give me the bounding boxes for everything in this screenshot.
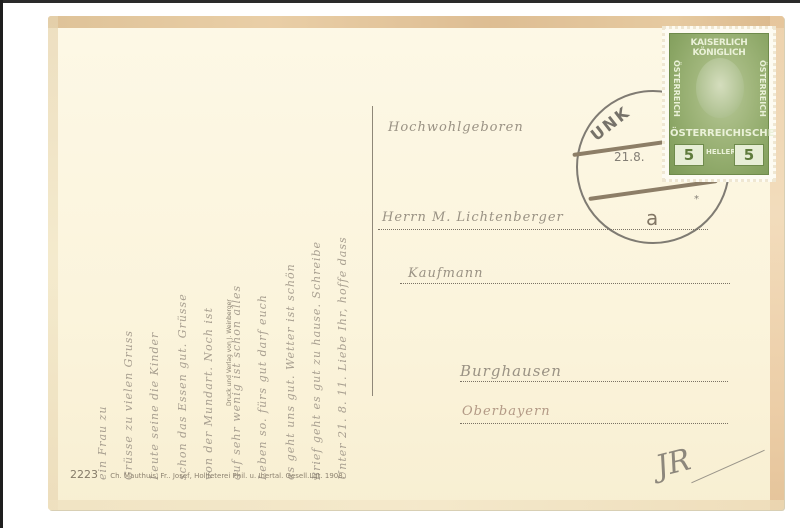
message-line: von der Mundart. Noch ist: [202, 40, 216, 480]
message-address-divider: [372, 106, 373, 396]
scan-frame-top: [0, 0, 800, 3]
address-dotted-line: [460, 380, 728, 382]
publisher-imprint-vertical: Druck und Verlag von J. Weinberger: [226, 206, 236, 406]
postmark-letter: a: [646, 206, 658, 230]
footer-imprint: 2223 Ch. Mauthuis, Fr.. Josef, Hollfeter…: [70, 468, 345, 481]
message-line: Leben so. fürs gut darf euch: [256, 40, 270, 480]
stamp-unit: HELLER: [706, 148, 734, 156]
address-line-1: Herrn M. Lichtenberger: [382, 210, 564, 225]
bottom-edge-stain: [48, 500, 784, 510]
stamp-side-text-left: ÖSTERREICH: [671, 48, 681, 128]
message-line: es geht uns gut. Wetter ist schön: [284, 40, 298, 480]
card-number: 2223: [70, 468, 98, 481]
message-line: Unter 21. 8. 11. Liebe Ihr, hoffe dass: [336, 40, 350, 480]
address-line-3: Burghausen: [460, 362, 562, 380]
message-line: ein Frau zu: [96, 40, 110, 480]
postmark-star-icon: *: [694, 194, 699, 205]
publisher-imprint: Ch. Mauthuis, Fr.. Josef, Hollfeterei Ph…: [110, 472, 345, 480]
stamp-bottom-text: ÖSTERREICHISCHE: [670, 128, 768, 139]
address-salutation: Hochwohlgeboren: [388, 120, 524, 135]
message-line: Grüsse zu vielen Gruss: [122, 40, 136, 480]
scan-frame-left: [0, 0, 3, 528]
address-line-2: Kaufmann: [408, 266, 483, 281]
stamp-side-text-right: ÖSTERREICH: [757, 48, 767, 128]
address-dotted-line: [400, 282, 730, 284]
stamp-value-right: 5: [734, 144, 764, 166]
postcard: Unter 21. 8. 11. Liebe Ihr, hoffe dass B…: [48, 16, 784, 510]
left-edge-stain: [48, 16, 58, 510]
stamp-top-text: KAISERLICH KÖNIGLICH: [670, 38, 768, 58]
address-line-4: Oberbayern: [462, 404, 551, 419]
stamp-design: KAISERLICH KÖNIGLICH ÖSTERREICH ÖSTERREI…: [669, 33, 769, 175]
signature-stroke: [691, 450, 764, 483]
postmark-town: UNK: [587, 102, 634, 145]
message-line: Leute seine die Kinder: [148, 40, 162, 480]
emperor-portrait-icon: [696, 58, 744, 118]
signature-initials: JR: [652, 442, 694, 484]
postmark-date: 21.8.: [614, 150, 645, 164]
message-line: Brief geht es gut zu hause. Schreibe: [310, 40, 324, 480]
address-dotted-line: [460, 422, 728, 424]
handwritten-message: Unter 21. 8. 11. Liebe Ihr, hoffe dass B…: [66, 40, 366, 460]
message-line: schon das Essen gut. Grüsse: [176, 40, 190, 480]
stamp-value-left: 5: [674, 144, 704, 166]
postage-stamp: KAISERLICH KÖNIGLICH ÖSTERREICH ÖSTERREI…: [662, 26, 776, 182]
